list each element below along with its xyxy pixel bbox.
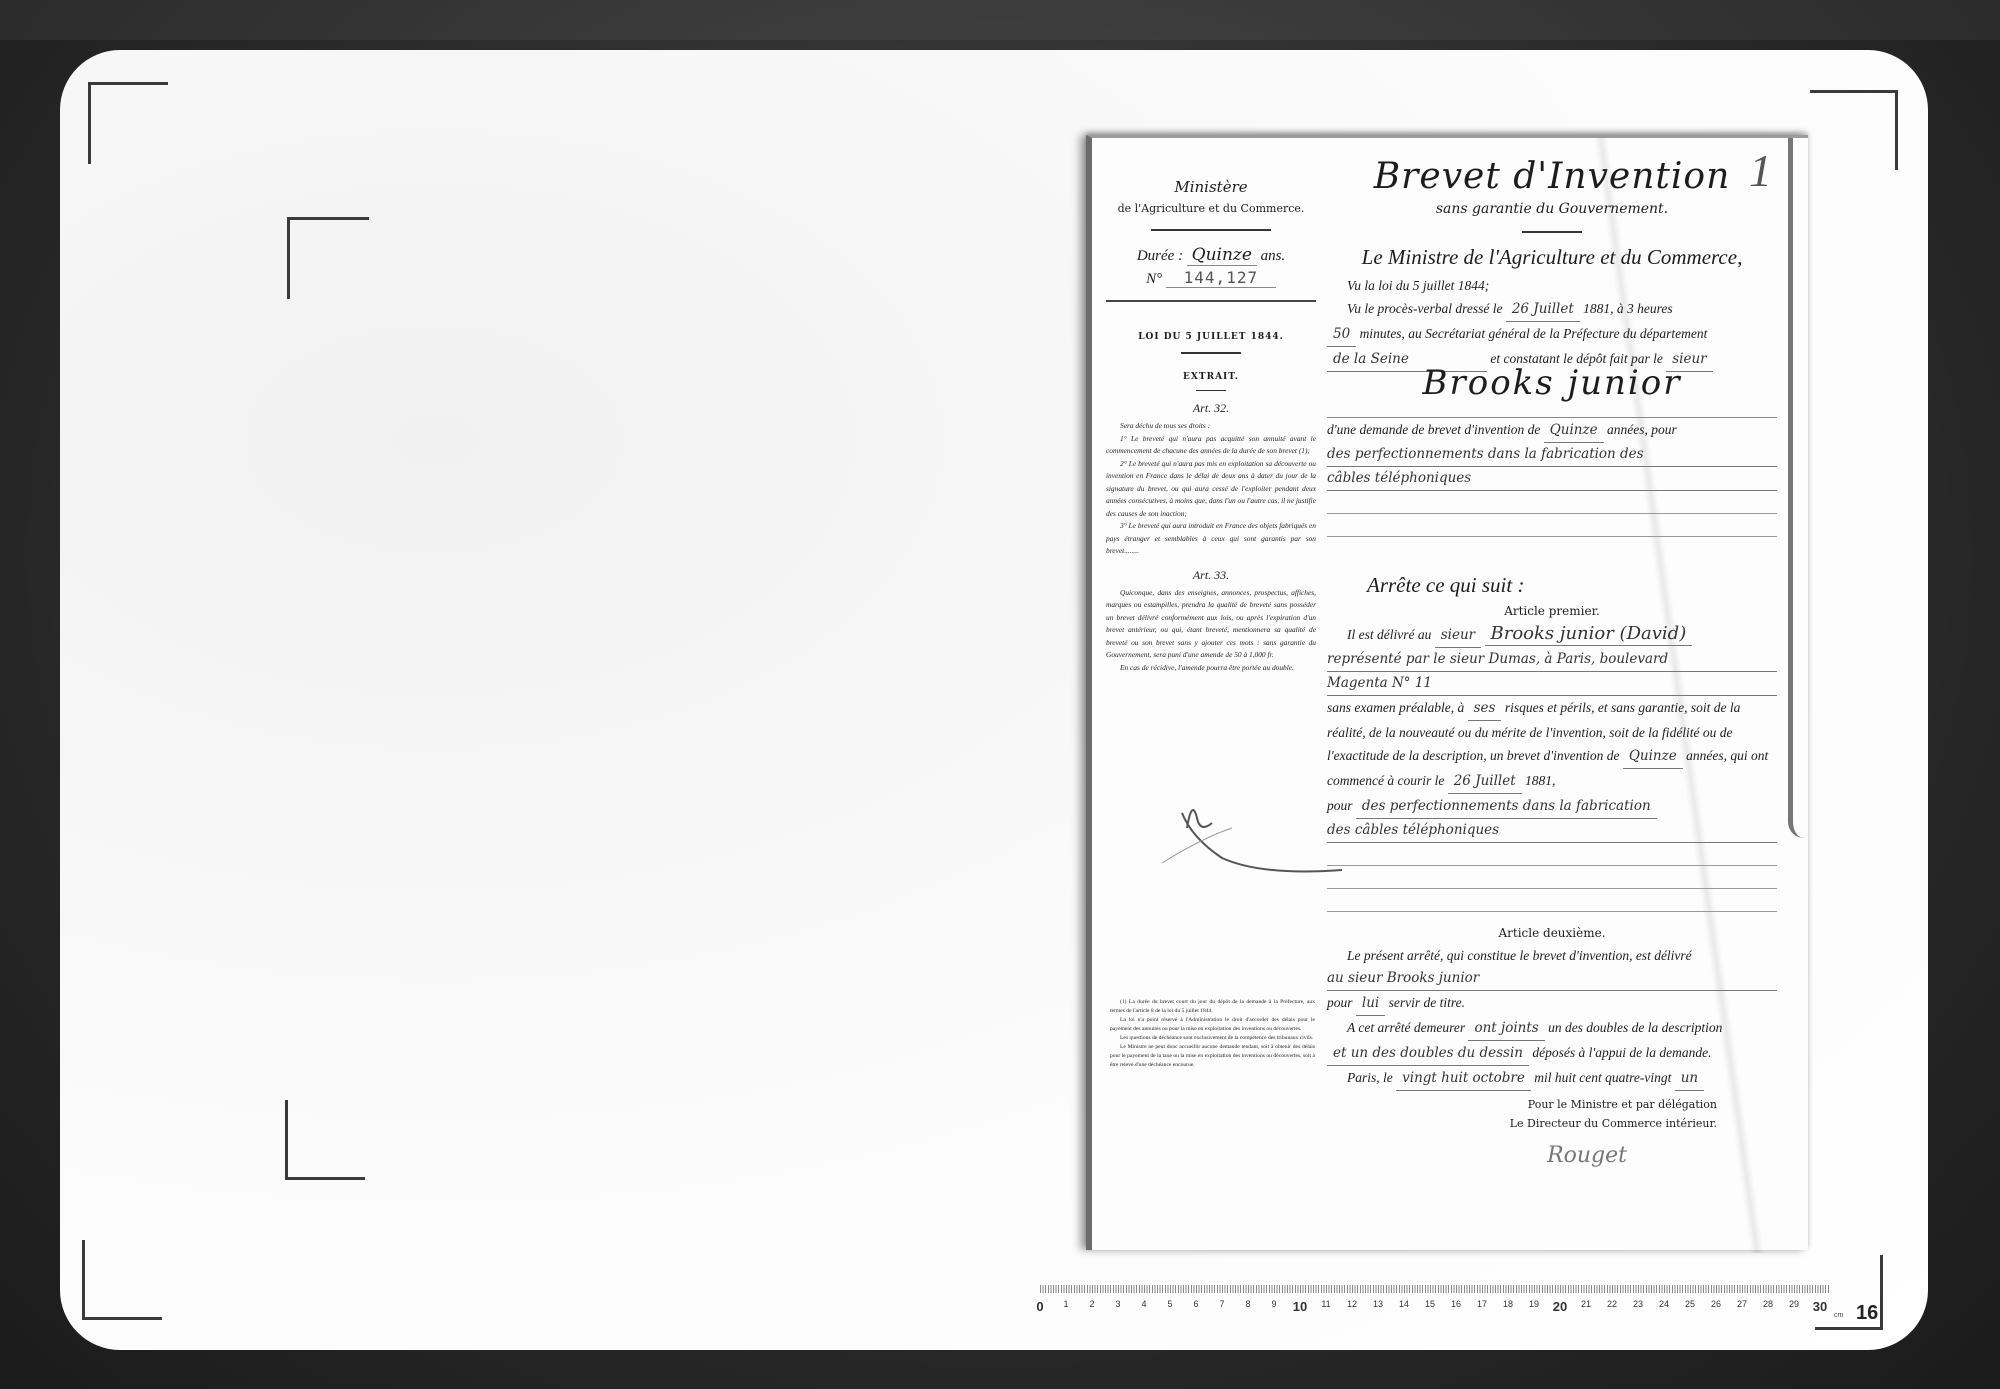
art1-invention: pour des perfectionnements dans la fabri… [1327, 794, 1777, 819]
ruler-label: 18 [1503, 1299, 1513, 1309]
joints: ont joints [1468, 1017, 1544, 1041]
text: un des doubles de la description [1548, 1020, 1722, 1035]
blank-rule [1327, 866, 1777, 889]
blank-rule [1327, 843, 1777, 866]
ruler-label: 16 [1451, 1299, 1461, 1309]
sieur: sieur [1435, 624, 1481, 648]
duration: Quinze [1544, 419, 1604, 443]
text: années, pour [1607, 422, 1677, 437]
ruler-label: 13 [1373, 1299, 1383, 1309]
representative: représenté par le sieur Dumas, à Paris, … [1327, 648, 1777, 672]
deposit-minutes: 50 [1327, 323, 1356, 347]
annex-line: A cet arrêté demeurer ont joints un des … [1327, 1016, 1777, 1041]
ruler-label: 15 [1425, 1299, 1435, 1309]
article-1-body: Il est délivré au sieur Brooks junior (D… [1327, 622, 1777, 912]
right-column: Brevet d'Invention sans garantie du Gouv… [1327, 156, 1777, 1168]
vu-loi: Vu la loi du 5 juillet 1844; [1327, 274, 1777, 297]
unit-label: cm [1834, 1312, 1843, 1319]
ministry-title: Ministère [1106, 178, 1316, 196]
ruler-label: 5 [1167, 1299, 1172, 1309]
text: Il est délivré au [1347, 627, 1431, 642]
margin-scribble-mark [1152, 798, 1352, 878]
ruler-label: 14 [1399, 1299, 1409, 1309]
text: pour [1327, 995, 1353, 1010]
blank-rule [1327, 514, 1777, 537]
invention-title-line1: des perfectionnements dans la fabricatio… [1327, 443, 1777, 467]
scan-background-top [0, 0, 2000, 40]
start-year: 1881, [1525, 773, 1555, 788]
text: sans examen préalable, à [1327, 700, 1464, 715]
text: Le présent arrêté, qui constitue le brev… [1327, 944, 1777, 967]
text: mil huit cent quatre-vingt [1534, 1070, 1671, 1085]
blank-rule [1327, 889, 1777, 912]
ruler-label: 24 [1659, 1299, 1669, 1309]
preamble: Vu la loi du 5 juillet 1844; Vu le procè… [1327, 274, 1777, 537]
text: servir de titre. [1389, 995, 1465, 1010]
crop-mark-inner-bottom-left [285, 1100, 365, 1180]
ornament-divider [1151, 229, 1271, 231]
divider [1196, 390, 1226, 391]
blank-rule [1327, 491, 1777, 514]
ruler-label: 1 [1063, 1299, 1068, 1309]
law-paragraph: Sera déchu de tous ses droits : [1106, 420, 1316, 433]
start-date: 26 Juillet [1448, 770, 1522, 794]
ruler-label: 6 [1193, 1299, 1198, 1309]
ornament-divider [1181, 352, 1241, 354]
ruler-label: 20 [1553, 1299, 1567, 1314]
ruler-label: 29 [1789, 1299, 1799, 1309]
scale-ruler: 0123456789101112131415161718192021222324… [1040, 1285, 1830, 1325]
invention-line2: des câbles téléphoniques [1327, 819, 1777, 843]
article-33-heading: Art. 33. [1106, 568, 1316, 583]
issue-date: vingt huit octobre [1396, 1067, 1531, 1091]
deposit-date: 26 Juillet [1506, 298, 1580, 322]
document-subtitle: sans garantie du Gouvernement. [1327, 201, 1777, 217]
issue-year-end: un [1675, 1067, 1704, 1091]
ruler-label: 21 [1581, 1299, 1591, 1309]
law-paragraph: 1° Le breveté qui n'aura pas acquitté so… [1106, 433, 1316, 458]
duration-unit: ans. [1261, 248, 1286, 264]
grantee-name: Brooks junior (David) [1485, 622, 1693, 646]
signature: Rouget [1327, 1143, 1777, 1168]
law-paragraph: 2° Le breveté qui n'aura pas mis en expl… [1106, 458, 1316, 521]
crop-mark-outer-top-right [1810, 90, 1898, 170]
duration-field: Durée : Quinze ans. [1106, 245, 1316, 266]
signature-block: Pour le Ministre et par délégation Le Di… [1327, 1095, 1777, 1133]
dessin: et un des doubles du dessin [1327, 1042, 1529, 1066]
ruler-label: 10 [1293, 1299, 1307, 1314]
invention-line1: des perfectionnements dans la fabricatio… [1356, 795, 1657, 819]
article-1-title: Article premier. [1327, 604, 1777, 618]
ruler-label: 22 [1607, 1299, 1617, 1309]
article-32-heading: Art. 32. [1106, 401, 1316, 416]
ses: ses [1468, 697, 1502, 721]
crop-mark-inner-top-left [287, 217, 369, 299]
law-paragraph: 3° Le breveté qui aura introduit en Fran… [1106, 520, 1316, 558]
footnote: Les questions de déchéance sont exclusiv… [1110, 1034, 1315, 1043]
left-column: Ministère de l'Agriculture et du Commerc… [1106, 178, 1316, 674]
ruler-label: 9 [1271, 1299, 1276, 1309]
number-label: N° [1146, 271, 1162, 287]
proces-verbal-line: Vu le procès-verbal dressé le 26 Juillet… [1327, 297, 1777, 322]
divider [1106, 300, 1316, 302]
deposit-year-time: 1881, à 3 heures [1583, 301, 1673, 316]
law-title: LOI DU 5 JUILLET 1844. [1106, 332, 1316, 342]
text: Paris, le [1347, 1070, 1393, 1085]
demande-line: d'une demande de brevet d'invention de Q… [1327, 418, 1777, 443]
date-line: Paris, le vingt huit octobre mil huit ce… [1327, 1066, 1777, 1091]
extract-label: EXTRAIT. [1106, 372, 1316, 382]
patent-number: 144,127 [1166, 268, 1276, 288]
ruler-label: 17 [1477, 1299, 1487, 1309]
footnote: Le Ministre ne peut donc accueillir aucu… [1110, 1043, 1315, 1070]
duration-label: Durée : [1137, 248, 1183, 264]
ornament-divider [1522, 231, 1582, 233]
article-2-title: Article deuxième. [1327, 926, 1777, 940]
crop-mark-outer-top-left [88, 82, 168, 164]
patent-number-field: N° 144,127 [1106, 268, 1316, 288]
ruler-label: 27 [1737, 1299, 1747, 1309]
law-paragraph: En cas de récidive, l'amende pourra être… [1106, 662, 1316, 675]
text: A cet arrêté demeurer [1347, 1020, 1465, 1035]
art1-line1: Il est délivré au sieur Brooks junior (D… [1327, 622, 1777, 648]
grant-duration: Quinze [1623, 745, 1683, 769]
article-33-text: Quiconque, dans des enseignes, annonces,… [1106, 587, 1316, 675]
dessin-line: et un des doubles du dessin déposés à l'… [1327, 1041, 1777, 1066]
paper-curled-edge [1788, 138, 1804, 838]
ministry-subtitle: de l'Agriculture et du Commerce. [1106, 202, 1316, 215]
ruler-label: 7 [1219, 1299, 1224, 1309]
ruler-label: 23 [1633, 1299, 1643, 1309]
ruler-label: 26 [1711, 1299, 1721, 1309]
ruler-label: 3 [1115, 1299, 1120, 1309]
document-title: Brevet d'Invention [1327, 156, 1777, 197]
minutes-line: 50 minutes, au Secrétariat général de la… [1327, 322, 1777, 347]
ruler-label: 19 [1529, 1299, 1539, 1309]
titre-line: pour lui servir de titre. [1327, 991, 1777, 1016]
article-2-body: Le présent arrêté, qui constitue le brev… [1327, 944, 1777, 1091]
ruler-label: 8 [1245, 1299, 1250, 1309]
ruler-labels: 0123456789101112131415161718192021222324… [1040, 1299, 1830, 1319]
applicant-name: Brooks junior [1423, 363, 1682, 403]
ruler-label: 4 [1141, 1299, 1146, 1309]
minister-line: Le Ministre de l'Agriculture et du Comme… [1327, 245, 1777, 270]
delegation-line: Pour le Ministre et par délégation [1327, 1095, 1717, 1114]
footnote: La loi n'a point réservé à l'Administrat… [1110, 1016, 1315, 1034]
art1-body-text: sans examen préalable, à ses risques et … [1327, 696, 1777, 794]
text: minutes, au Secrétariat général de la Pr… [1360, 326, 1708, 341]
ruler-label: 30 [1813, 1299, 1827, 1314]
text: d'une demande de brevet d'invention de [1327, 422, 1540, 437]
law-paragraph: Quiconque, dans des enseignes, annonces,… [1106, 587, 1316, 662]
duration-value: Quinze [1187, 245, 1257, 266]
invention-title-line2: câbles téléphoniques [1327, 467, 1777, 491]
ruler-label: 2 [1089, 1299, 1094, 1309]
ruler-label: 12 [1347, 1299, 1357, 1309]
page-number: 16 [1856, 1302, 1878, 1325]
applicant-line: Brooks junior [1327, 372, 1777, 418]
lui: lui [1356, 992, 1385, 1016]
ruler-label: 28 [1763, 1299, 1773, 1309]
director-line: Le Directeur du Commerce intérieur. [1327, 1114, 1717, 1133]
ruler-label: 25 [1685, 1299, 1695, 1309]
address: Magenta N° 11 [1327, 672, 1777, 696]
patent-document: 1 Ministère de l'Agriculture et du Comme… [1086, 135, 1808, 1250]
recipient: au sieur Brooks junior [1327, 967, 1777, 991]
ruler-label: 0 [1036, 1299, 1043, 1314]
arrete-heading: Arrête ce qui suit : [1367, 573, 1777, 598]
footnotes: (1) La durée du brevet court du jour du … [1110, 998, 1315, 1070]
footnote: (1) La durée du brevet court du jour du … [1110, 998, 1315, 1016]
crop-mark-outer-bottom-left [82, 1240, 162, 1320]
ruler-label: 11 [1321, 1299, 1330, 1309]
ruler-ticks [1040, 1285, 1830, 1293]
text: pour [1327, 798, 1353, 813]
text: Vu le procès-verbal dressé le [1347, 301, 1502, 316]
text: déposés à l'appui de la demande. [1532, 1045, 1711, 1060]
article-32-text: Sera déchu de tous ses droits : 1° Le br… [1106, 420, 1316, 558]
